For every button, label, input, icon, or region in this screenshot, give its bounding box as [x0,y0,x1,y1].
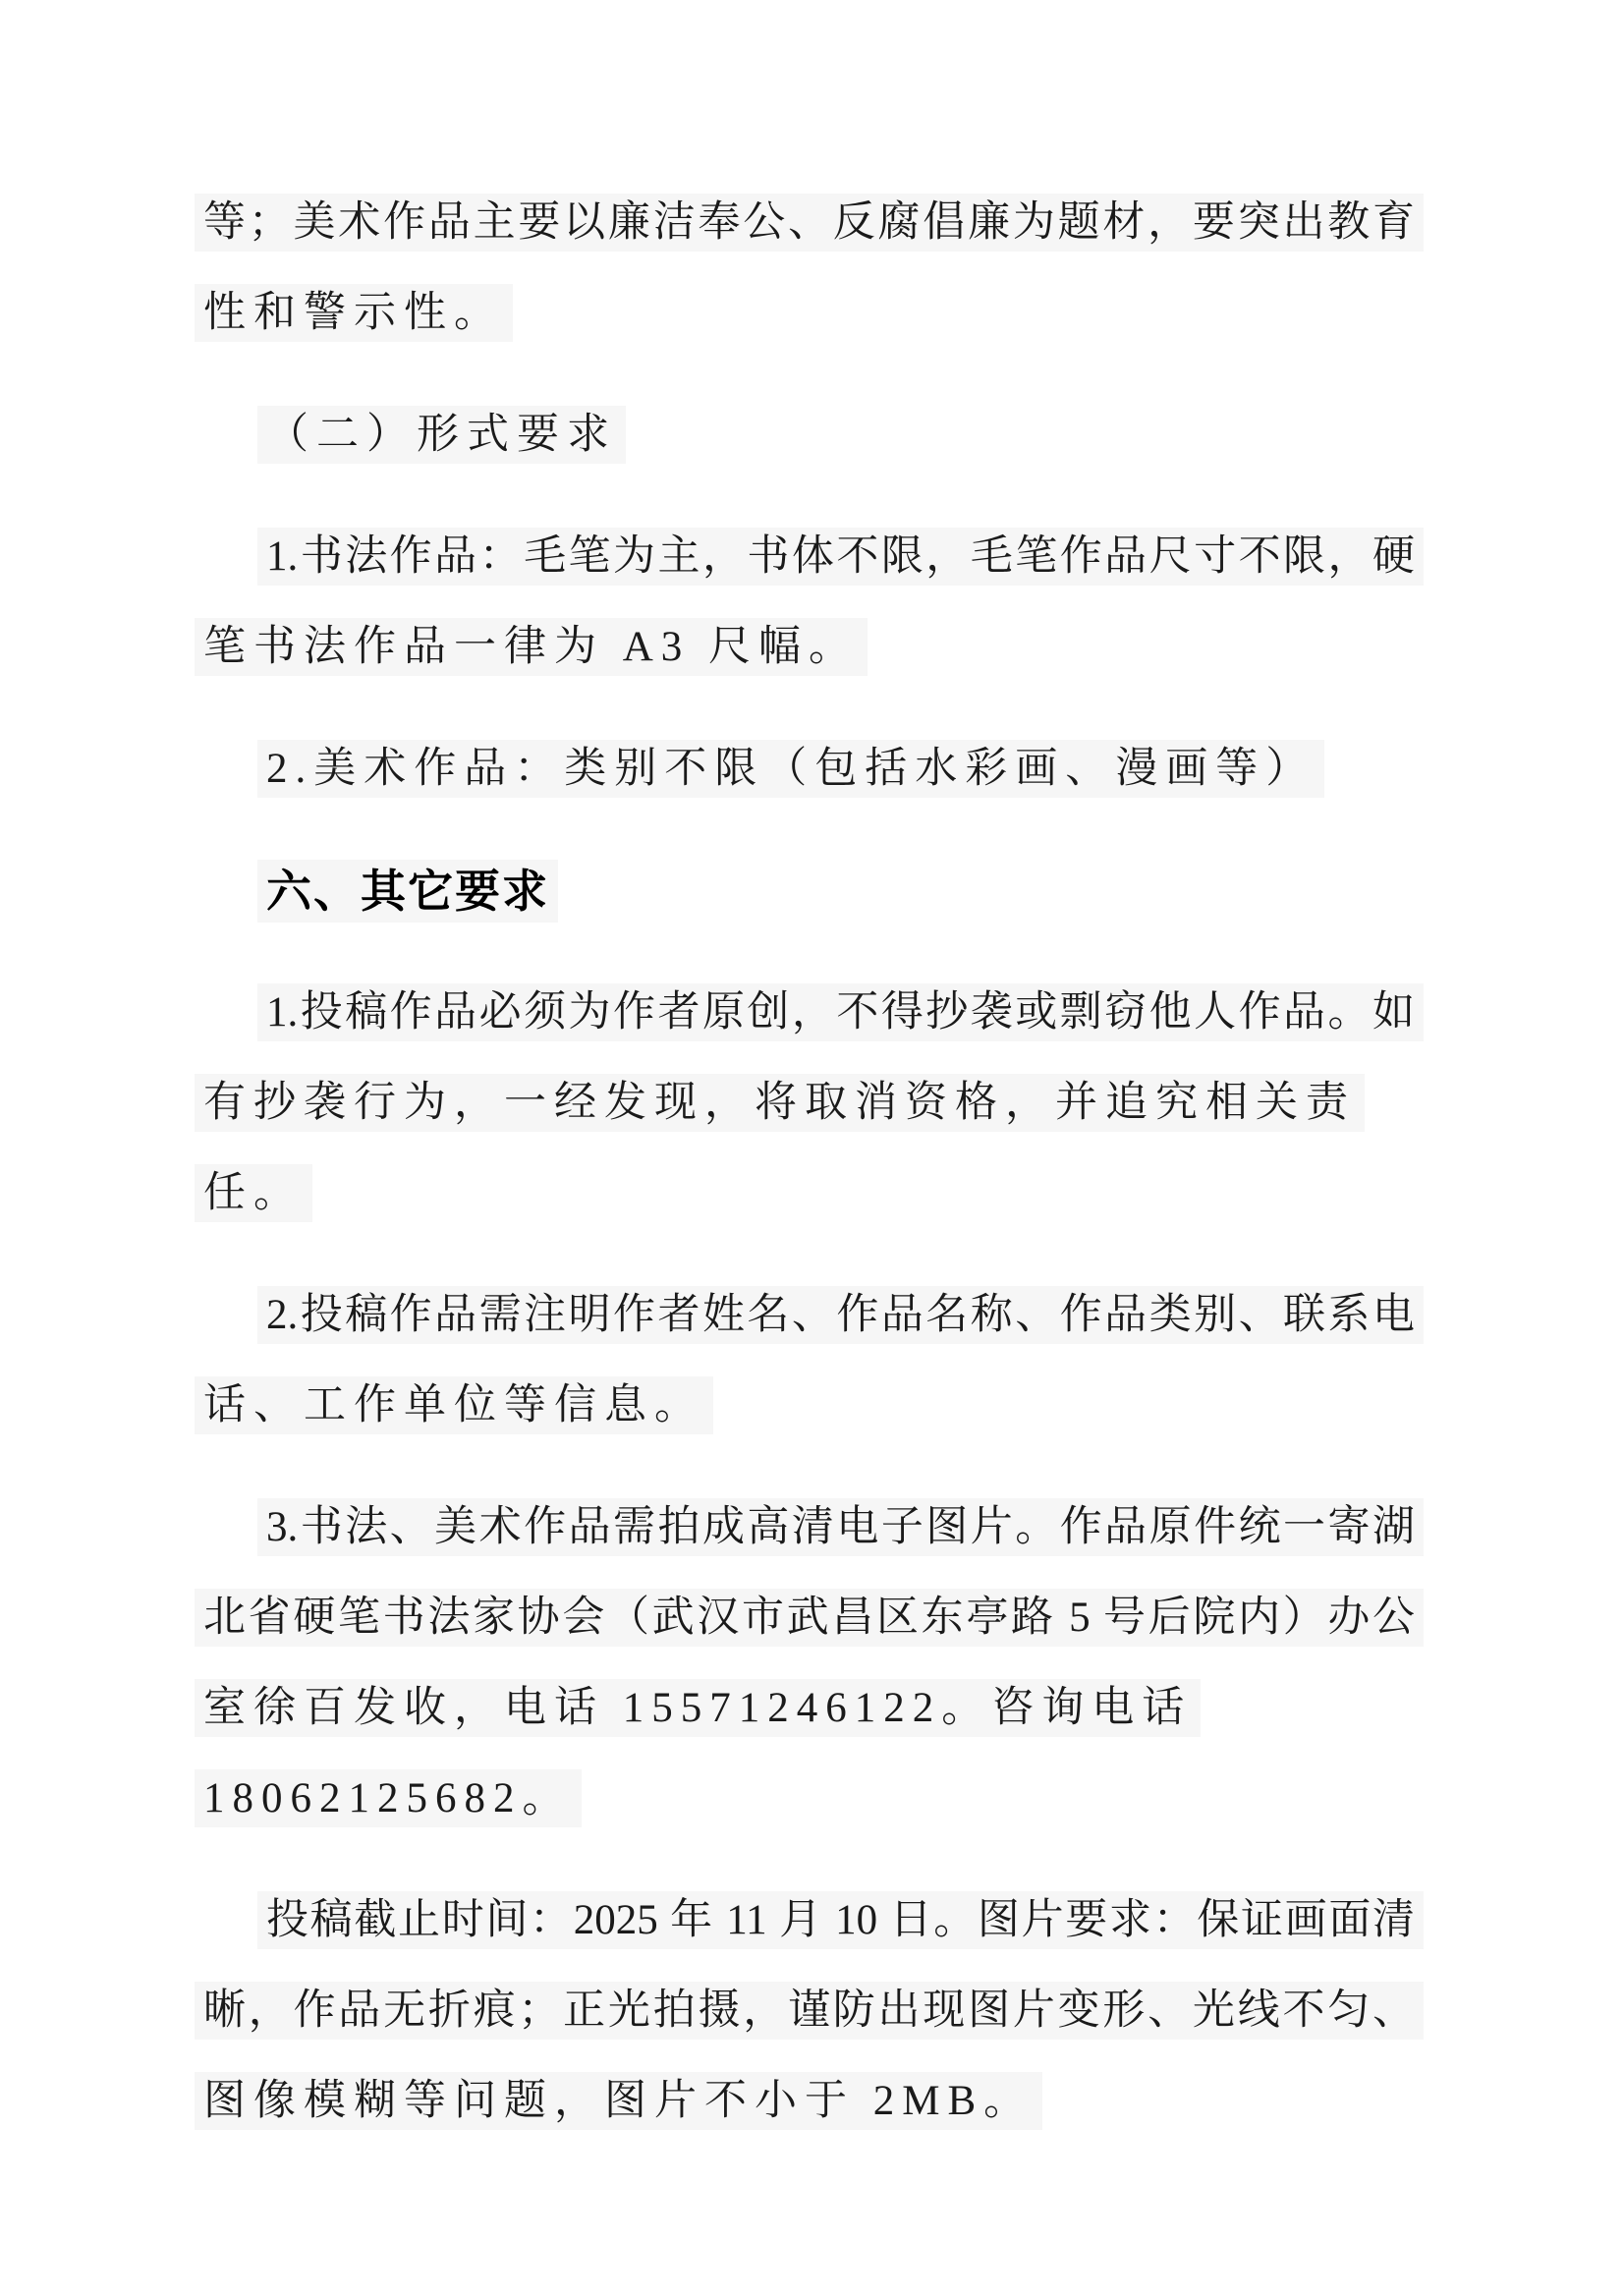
text-run: 3.书法、美术作品需拍成高清电子图片。作品原件统一寄湖 [257,1498,1424,1556]
text-run: 2.投稿作品需注明作者姓名、作品名称、作品类别、联系电 [257,1286,1424,1344]
text-run: 性和警示性。 [195,284,513,342]
paragraph-deadline-photo-requirements: 投稿截止时间：2025 年 11 月 10 日。图片要求：保证画面清 晰，作品无… [203,1876,1415,2147]
document-page: 等；美术作品主要以廉洁奉公、反腐倡廉为题材，要突出教育 性和警示性。 （二）形式… [0,0,1624,2296]
text-run: 室徐百发收，电话 15571246122。咨询电话 18062125682。 [195,1679,1201,1827]
paragraph-mailing-address: 3.书法、美术作品需拍成高清电子图片。作品原件统一寄湖 北省硬笔书法家协会（武汉… [203,1483,1415,1844]
text-line: 北省硬笔书法家协会（武汉市武昌区东亭路 5 号后院内）办公 [203,1573,1415,1663]
text-line: 话、工作单位等信息。 [203,1361,1415,1451]
text-line: 2.投稿作品需注明作者姓名、作品名称、作品类别、联系电 [203,1270,1415,1361]
text-line: 等；美术作品主要以廉洁奉公、反腐倡廉为题材，要突出教育 [203,178,1415,268]
paragraph-continuation: 等；美术作品主要以廉洁奉公、反腐倡廉为题材，要突出教育 性和警示性。 [203,178,1415,359]
text-run: 投稿截止时间：2025 年 11 月 10 日。图片要求：保证画面清 [257,1891,1424,1949]
text-run: 笔书法作品一律为 A3 尺幅。 [195,618,868,676]
text-run: 六、其它要求 [257,860,558,923]
text-line: （二）形式要求 [203,390,1415,480]
text-line: 晰，作品无折痕；正光拍摄，谨防出现图片变形、光线不匀、 [203,1966,1415,2056]
text-run: 2.美术作品：类别不限（包括水彩画、漫画等） [257,740,1324,798]
text-line: 笔书法作品一律为 A3 尺幅。 [203,602,1415,693]
text-line: 图像模糊等问题，图片不小于 2MB。 [203,2056,1415,2147]
text-line: 投稿截止时间：2025 年 11 月 10 日。图片要求：保证画面清 [203,1876,1415,1966]
text-line: 性和警示性。 [203,268,1415,359]
text-run: 话、工作单位等信息。 [195,1376,713,1434]
sub-heading-format-requirements: （二）形式要求 [203,390,1415,480]
paragraph-originality-rule: 1.投稿作品必须为作者原创，不得抄袭或剽窃他人作品。如 有抄袭行为，一经发现，将… [203,968,1415,1239]
text-line: 室徐百发收，电话 15571246122。咨询电话 18062125682。 [203,1663,1415,1844]
text-run: 图像模糊等问题，图片不小于 2MB。 [195,2072,1042,2130]
text-run: 等；美术作品主要以廉洁奉公、反腐倡廉为题材，要突出教育 [195,194,1424,252]
text-line: 有抄袭行为，一经发现，将取消资格，并追究相关责任。 [203,1058,1415,1239]
paragraph-calligraphy-rule: 1.书法作品：毛笔为主，书体不限，毛笔作品尺寸不限，硬 笔书法作品一律为 A3 … [203,512,1415,693]
text-run: 有抄袭行为，一经发现，将取消资格，并追究相关责任。 [195,1074,1365,1222]
text-run: （二）形式要求 [257,406,626,464]
section-heading-other-requirements: 六、其它要求 [203,846,1415,936]
text-line: 3.书法、美术作品需拍成高清电子图片。作品原件统一寄湖 [203,1483,1415,1573]
text-run: 北省硬笔书法家协会（武汉市武昌区东亭路 5 号后院内）办公 [195,1589,1424,1647]
paragraph-art-rule: 2.美术作品：类别不限（包括水彩画、漫画等） [203,724,1415,814]
section-heading-text: 六、其它要求 [203,846,1415,936]
text-line: 1.书法作品：毛笔为主，书体不限，毛笔作品尺寸不限，硬 [203,512,1415,602]
text-run: 1.投稿作品必须为作者原创，不得抄袭或剽窃他人作品。如 [257,983,1424,1041]
text-line: 2.美术作品：类别不限（包括水彩画、漫画等） [203,724,1415,814]
text-run: 1.书法作品：毛笔为主，书体不限，毛笔作品尺寸不限，硬 [257,528,1424,586]
text-line: 1.投稿作品必须为作者原创，不得抄袭或剽窃他人作品。如 [203,968,1415,1058]
paragraph-submission-info-rule: 2.投稿作品需注明作者姓名、作品名称、作品类别、联系电 话、工作单位等信息。 [203,1270,1415,1451]
text-run: 晰，作品无折痕；正光拍摄，谨防出现图片变形、光线不匀、 [195,1982,1424,2040]
